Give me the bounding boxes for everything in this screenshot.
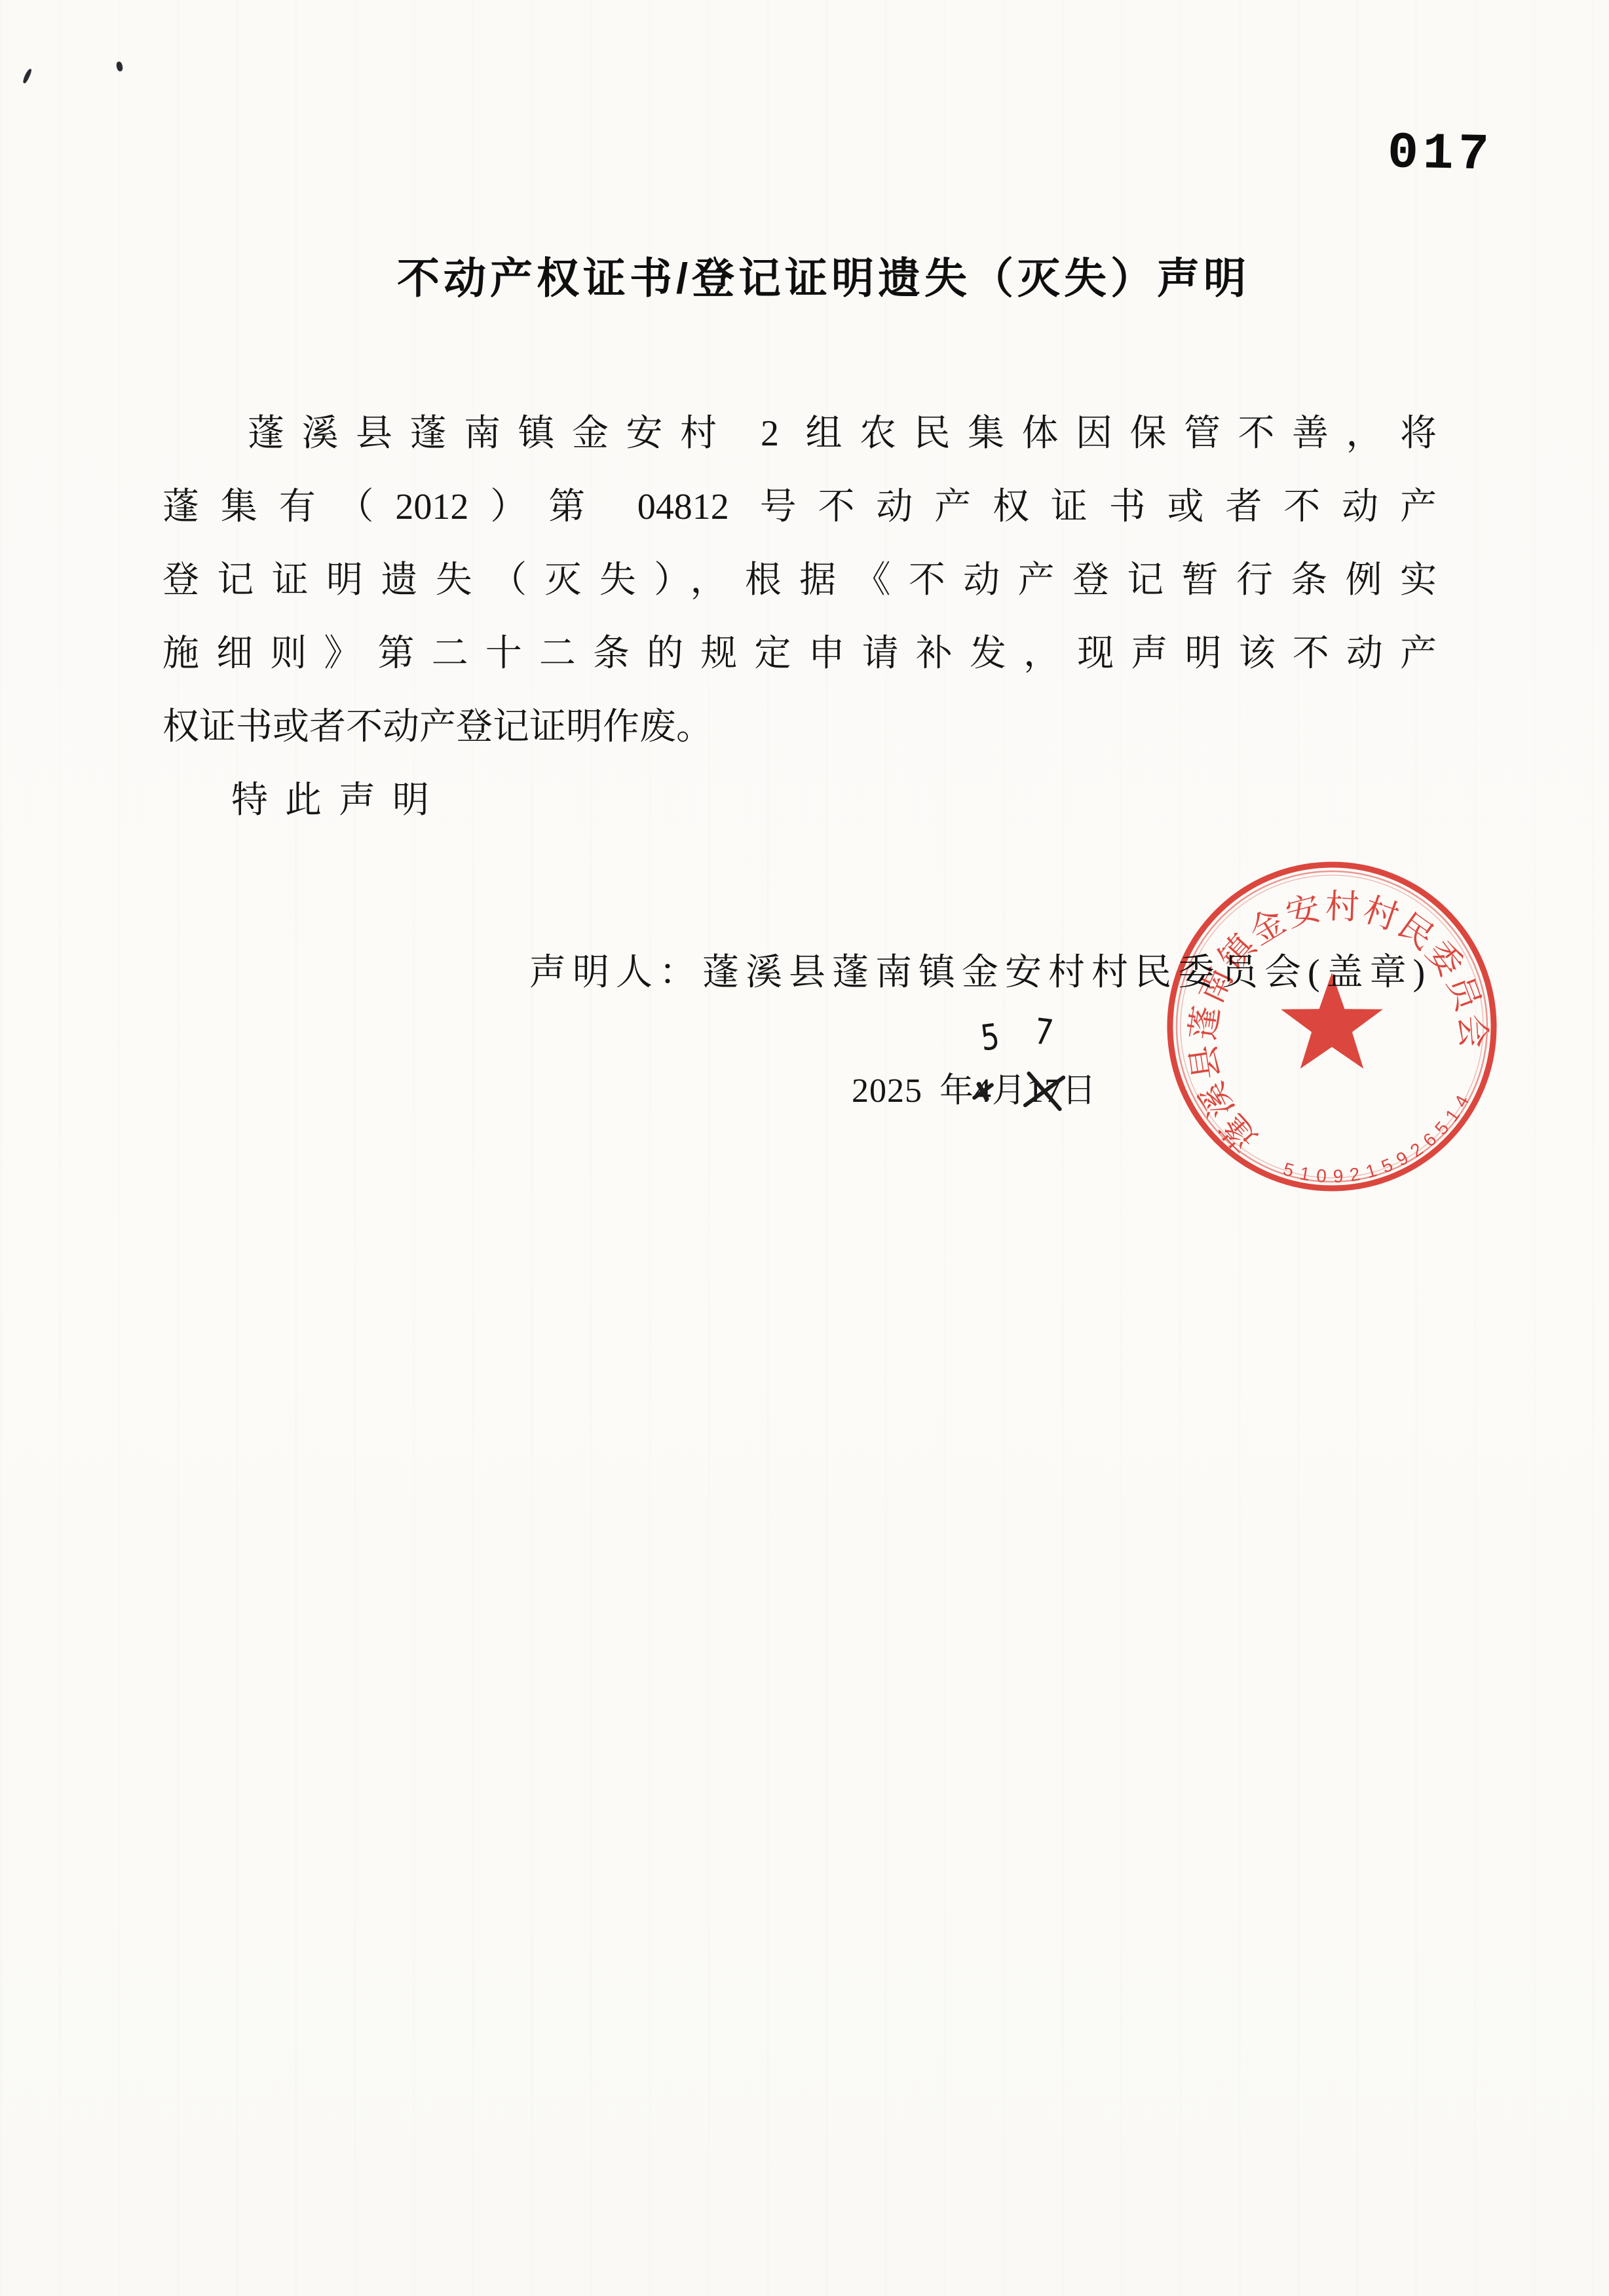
date-day-printed-struck-out: 17	[1027, 1072, 1062, 1110]
date-line: 2025年4月17日	[852, 1063, 1097, 1112]
body-line: 施细则》第二十二条的规定申请补发，现声明该不动产	[162, 617, 1437, 690]
official-seal: 蓬溪县蓬南镇金安村村民委员会 5109215926514	[1108, 803, 1555, 1250]
date-year: 2025	[852, 1072, 922, 1110]
scan-speck	[116, 61, 124, 72]
closing-statement: 特此声明	[162, 764, 1437, 837]
official-seal-graphic: 蓬溪县蓬南镇金安村村民委员会 5109215926514	[1108, 803, 1555, 1250]
date-year-unit: 年	[939, 1072, 974, 1110]
body-line: 权证书或者不动产登记证明作废。	[162, 690, 1437, 764]
handwritten-day-correction: 7	[1032, 1011, 1055, 1054]
body-line: 蓬集有（2012）第 04812 号不动产权证书或者不动产	[162, 470, 1437, 544]
declaration-body: 蓬溪县蓬南镇金安村 2 组农民集体因保管不善，将 蓬集有（2012）第 0481…	[162, 397, 1437, 837]
body-line: 蓬溪县蓬南镇金安村 2 组农民集体因保管不善，将	[162, 397, 1437, 470]
date-month-unit: 月	[992, 1072, 1027, 1110]
page-number-stamp: 017	[1387, 124, 1494, 184]
date-month-printed-struck-out: 4	[974, 1072, 992, 1110]
seal-star	[1281, 973, 1383, 1068]
handwritten-month-correction: 5	[978, 1016, 1002, 1059]
seal-code-text: 5109215926514	[1275, 1081, 1492, 1215]
document-title: 不动产权证书/登记证明遗失（灭失）声明	[0, 244, 1609, 305]
scanned-document-page: 017 不动产权证书/登记证明遗失（灭失）声明 蓬溪县蓬南镇金安村 2 组农民集…	[0, 0, 1609, 2296]
date-day-unit: 日	[1062, 1072, 1097, 1110]
scan-speck	[22, 68, 32, 85]
body-line: 登记证明遗失（灭失），根据《不动产登记暂行条例实	[162, 544, 1437, 617]
